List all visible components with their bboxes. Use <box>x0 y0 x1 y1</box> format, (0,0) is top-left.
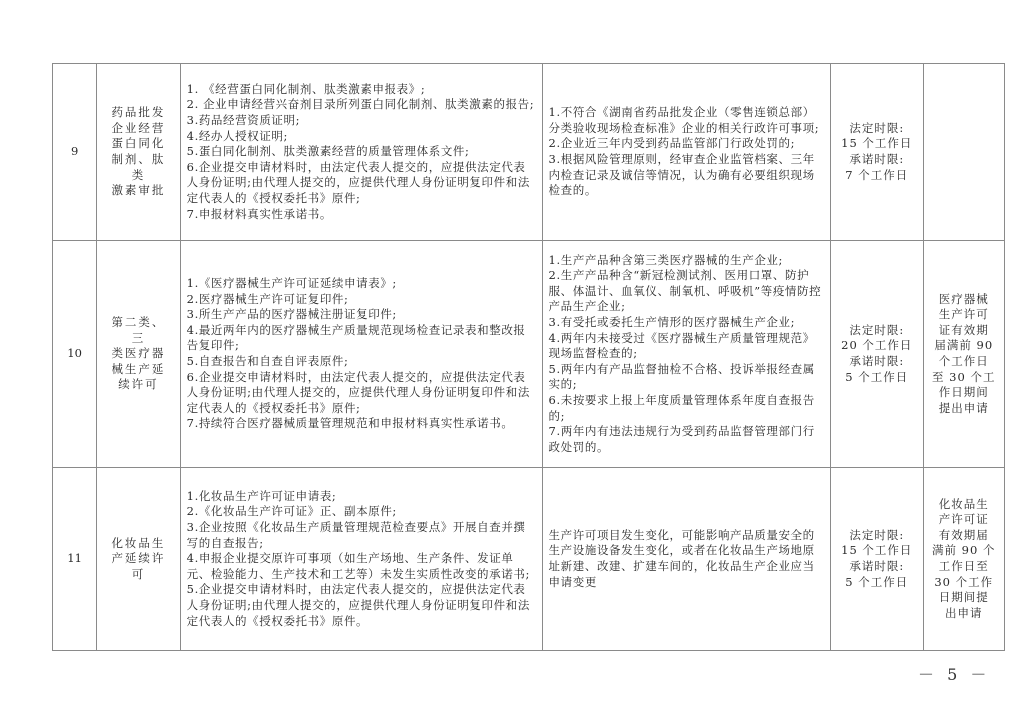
material-item: 4.申报企业提交原许可事项（如生产场地、生产条件、发证单元、检验能力、生产技术和… <box>187 551 536 582</box>
condition-item: 2.生产产品种含“新冠检测试剂、医用口罩、防护服、体温计、血氧仪、制氧机、呼吸机… <box>549 268 825 315</box>
inspection-conditions-cell: 生产许可项目发生变化，可能影响产品质量安全的生产设施设备发生变化，或者在化妆品生… <box>542 468 831 651</box>
material-item: 1. 《经营蛋白同化制剂、肽类激素申报表》; <box>187 82 536 98</box>
time-limit-cell: 法定时限:15 个工作日承诺时限:5 个工作日 <box>831 468 923 651</box>
time-limit-cell: 法定时限:20 个工作日承诺时限:5 个工作日 <box>831 241 923 468</box>
condition-item: 1.不符合《湖南省药品批发企业（零售连锁总部）分类验收现场检查标准》企业的相关行… <box>549 105 825 136</box>
item-number: 10 <box>67 346 82 360</box>
time-limit-promised-value: 5 个工作日 <box>831 575 922 591</box>
table-row: 9 药品批发企业经营蛋白同化制剂、肽类激素审批 1. 《经营蛋白同化制剂、肽类激… <box>53 64 1005 241</box>
note-line: 至 30 个工 <box>924 370 1004 386</box>
item-name-line: 械生产延 <box>97 362 179 378</box>
time-limit-statutory-label: 法定时限: <box>831 121 922 137</box>
note-line: 生产许可 <box>924 307 1004 323</box>
item-number-cell: 11 <box>53 468 97 651</box>
material-item: 3.药品经营资质证明; <box>187 113 536 129</box>
time-limit-promised-label: 承诺时限: <box>831 559 922 575</box>
table-row: 11 化妆品生产延续许可 1.化妆品生产许可证申请表;2.《化妆品生产许可证》正… <box>53 468 1005 651</box>
inspection-conditions-cell: 1.不符合《湖南省药品批发企业（零售连锁总部）分类验收现场检查标准》企业的相关行… <box>542 64 831 241</box>
time-limit-statutory-label: 法定时限: <box>831 528 922 544</box>
note-line: 产许可证 <box>924 512 1004 528</box>
material-item: 2. 企业申请经营兴奋剂目录所列蛋白同化制剂、肽类激素的报告; <box>187 97 536 113</box>
note-line: 医疗器械 <box>924 292 1004 308</box>
time-limit-statutory-value: 15 个工作日 <box>831 543 922 559</box>
item-name-line: 化妆品生 <box>97 536 179 552</box>
time-limit-promised-value: 5 个工作日 <box>831 370 922 386</box>
material-item: 4.最近两年内的医疗器械生产质量规范现场检查记录表和整改报告复印件; <box>187 323 536 354</box>
note-line: 化妆品生 <box>924 497 1004 513</box>
material-item: 3.所生产产品的医疗器械注册证复印件; <box>187 307 536 323</box>
table-body: 9 药品批发企业经营蛋白同化制剂、肽类激素审批 1. 《经营蛋白同化制剂、肽类激… <box>53 64 1005 651</box>
note-line: 30 个工作 <box>924 575 1004 591</box>
note-line: 日期间提 <box>924 590 1004 606</box>
material-item: 2.《化妆品生产许可证》正、副本原件; <box>187 504 536 520</box>
item-name-line: 企业经营 <box>97 121 179 137</box>
item-name-line: 制剂、肽类 <box>97 152 179 183</box>
item-number-cell: 9 <box>53 64 97 241</box>
inspection-conditions-cell: 1.生产产品种含第三类医疗器械的生产企业;2.生产产品种含“新冠检测试剂、医用口… <box>542 241 831 468</box>
material-item: 5.自查报告和自查自评表原件; <box>187 354 536 370</box>
material-item: 1.化妆品生产许可证申请表; <box>187 489 536 505</box>
time-limit-statutory-value: 20 个工作日 <box>831 338 922 354</box>
condition-item: 生产许可项目发生变化，可能影响产品质量安全的生产设施设备发生变化，或者在化妆品生… <box>549 528 825 590</box>
material-item: 1.《医疗器械生产许可证延续申请表》; <box>187 276 536 292</box>
item-name-line: 可 <box>97 567 179 583</box>
material-item: 7.持续符合医疗器械质量管理规范和申报材料真实性承诺书。 <box>187 416 536 432</box>
note-line: 工作日至 <box>924 559 1004 575</box>
note-cell <box>923 64 1004 241</box>
condition-item: 3.有受托或委托生产情形的医疗器械生产企业; <box>549 315 825 331</box>
note-line: 证有效期 <box>924 323 1004 339</box>
item-name-cell: 化妆品生产延续许可 <box>97 468 180 651</box>
materials-cell: 1.化妆品生产许可证申请表;2.《化妆品生产许可证》正、副本原件;3.企业按照《… <box>180 468 542 651</box>
material-item: 3.企业按照《化妆品生产质量管理规范检查要点》开展自查并撰写的自查报告; <box>187 520 536 551</box>
note-line: 作日期间 <box>924 385 1004 401</box>
note-line: 满前 90 个 <box>924 543 1004 559</box>
note-cell: 医疗器械生产许可证有效期届满前 90个工作日至 30 个工作日期间提出申请 <box>923 241 1004 468</box>
time-limit-statutory-value: 15 个工作日 <box>831 136 922 152</box>
note-line: 个工作日 <box>924 354 1004 370</box>
item-name-cell: 药品批发企业经营蛋白同化制剂、肽类激素审批 <box>97 64 180 241</box>
material-item: 7.申报材料真实性承诺书。 <box>187 207 536 223</box>
item-name-line: 蛋白同化 <box>97 136 179 152</box>
table-row: 10 第二类、三类医疗器械生产延续许可 1.《医疗器械生产许可证延续申请表》;2… <box>53 241 1005 468</box>
material-item: 6.企业提交申请材料时，由法定代表人提交的，应提供法定代表人身份证明;由代理人提… <box>187 160 536 207</box>
time-limit-promised-value: 7 个工作日 <box>831 168 922 184</box>
note-line: 提出申请 <box>924 401 1004 417</box>
note-line: 届满前 90 <box>924 338 1004 354</box>
materials-cell: 1. 《经营蛋白同化制剂、肽类激素申报表》;2. 企业申请经营兴奋剂目录所列蛋白… <box>180 64 542 241</box>
item-name-line: 药品批发 <box>97 105 179 121</box>
item-name-line: 激素审批 <box>97 183 179 199</box>
item-name-line: 类医疗器 <box>97 346 179 362</box>
item-number: 9 <box>71 144 78 158</box>
note-cell: 化妆品生产许可证有效期届满前 90 个工作日至30 个工作日期间提出申请 <box>923 468 1004 651</box>
condition-item: 6.未按要求上报上年度质量管理体系年度自查报告的; <box>549 393 825 424</box>
condition-item: 2.企业近三年内受到药品监管部门行政处罚的; <box>549 136 825 152</box>
condition-item: 1.生产产品种含第三类医疗器械的生产企业; <box>549 253 825 269</box>
material-item: 5.企业提交申请材料时，由法定代表人提交的，应提供法定代表人身份证明;由代理人提… <box>187 582 536 629</box>
material-item: 4.经办人授权证明; <box>187 129 536 145</box>
time-limit-promised-label: 承诺时限: <box>831 152 922 168</box>
time-limit-cell: 法定时限:15 个工作日承诺时限:7 个工作日 <box>831 64 923 241</box>
page-number: － 5 － <box>918 662 990 685</box>
item-name-line: 产延续许 <box>97 551 179 567</box>
materials-cell: 1.《医疗器械生产许可证延续申请表》;2.医疗器械生产许可证复印件;3.所生产产… <box>180 241 542 468</box>
condition-item: 5.两年内有产品监督抽检不合格、投诉举报经查属实的; <box>549 362 825 393</box>
condition-item: 3.根据风险管理原则，经审查企业监管档案、三年内检查记录及诚信等情况，认为确有必… <box>549 152 825 199</box>
material-item: 5.蛋白同化制剂、肽类激素经营的质量管理体系文件; <box>187 144 536 160</box>
note-line: 有效期届 <box>924 528 1004 544</box>
time-limit-statutory-label: 法定时限: <box>831 323 922 339</box>
condition-item: 4.两年内未接受过《医疗器械生产质量管理规范》现场监督检查的; <box>549 331 825 362</box>
item-name-line: 第二类、三 <box>97 315 179 346</box>
approval-items-table: 9 药品批发企业经营蛋白同化制剂、肽类激素审批 1. 《经营蛋白同化制剂、肽类激… <box>52 63 1005 651</box>
material-item: 2.医疗器械生产许可证复印件; <box>187 292 536 308</box>
item-name-cell: 第二类、三类医疗器械生产延续许可 <box>97 241 180 468</box>
condition-item: 7.两年内有违法违规行为受到药品监督管理部门行政处罚的。 <box>549 424 825 455</box>
note-line: 出申请 <box>924 606 1004 622</box>
item-number-cell: 10 <box>53 241 97 468</box>
material-item: 6.企业提交申请材料时，由法定代表人提交的，应提供法定代表人身份证明;由代理人提… <box>187 370 536 417</box>
item-name-line: 续许可 <box>97 377 179 393</box>
time-limit-promised-label: 承诺时限: <box>831 354 922 370</box>
item-number: 11 <box>67 551 82 565</box>
